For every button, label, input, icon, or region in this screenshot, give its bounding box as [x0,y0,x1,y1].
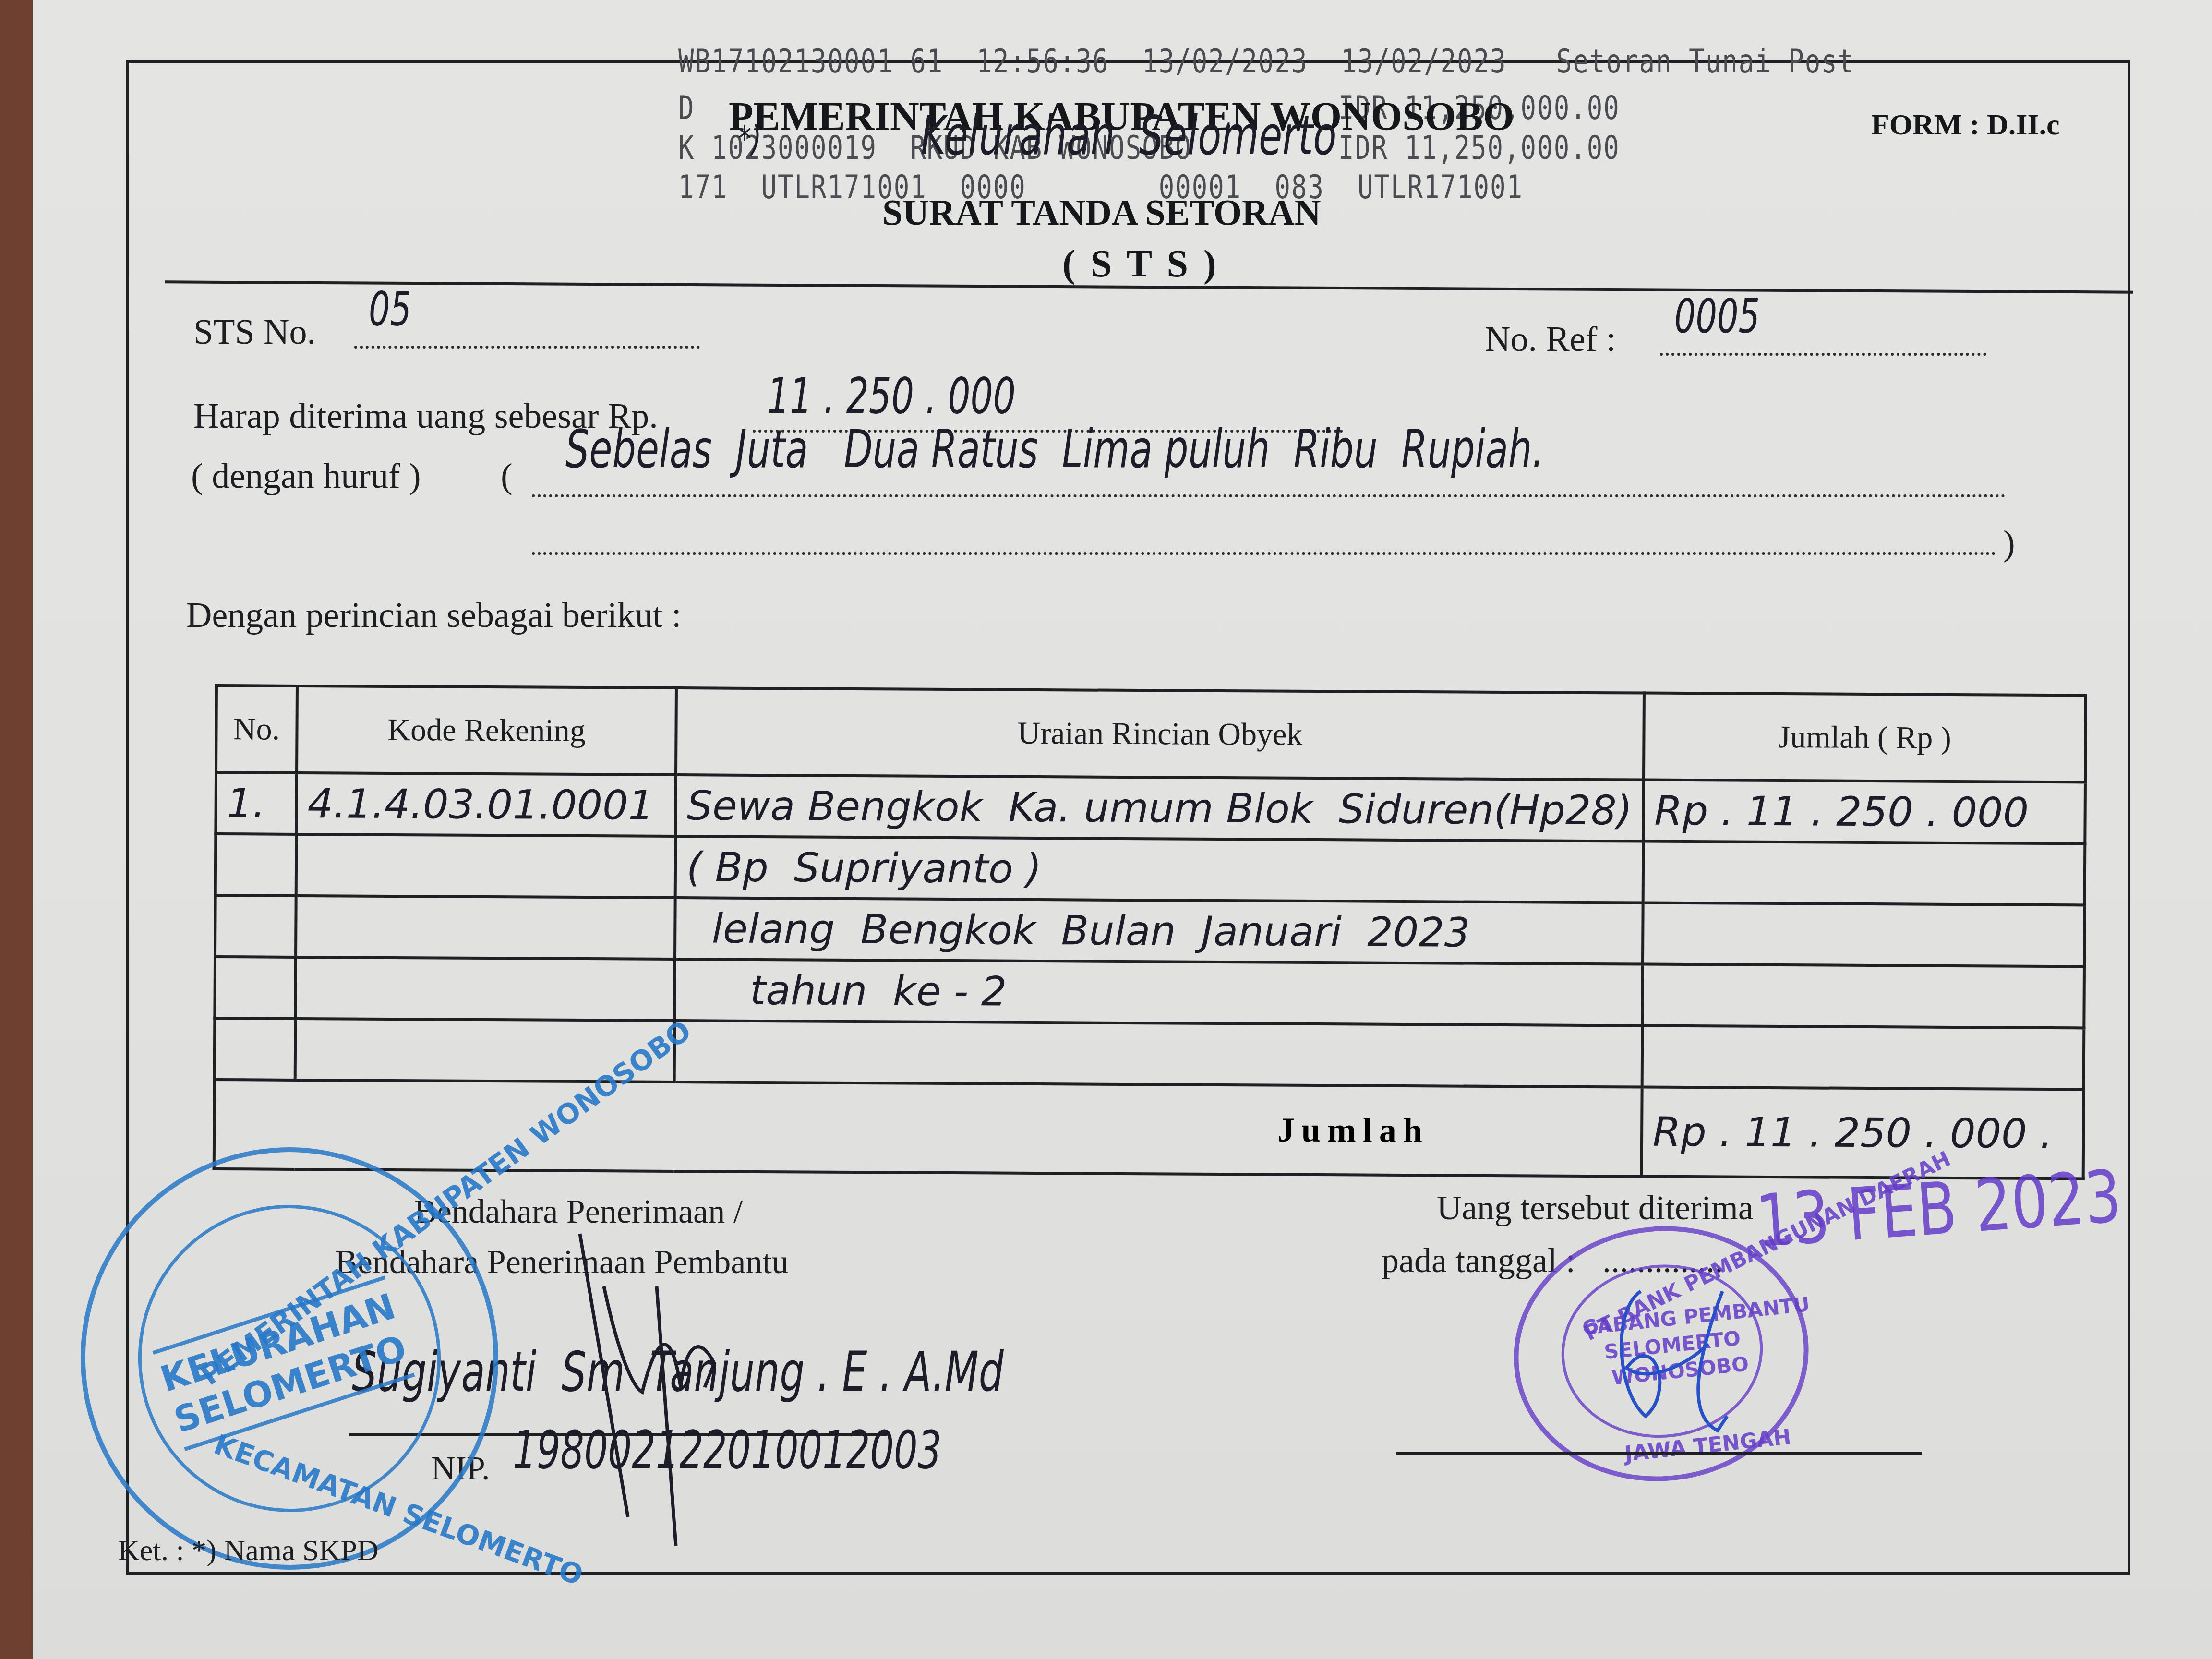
validation-line-2-left: D [678,89,695,127]
document-title: SURAT TANDA SETORAN [882,192,1321,234]
words-close-paren: ) [2003,523,2015,564]
row-kode [295,957,675,1021]
table-row: tahun ke - 2 [215,957,2084,1028]
row-uraian: tahun ke - 2 [675,959,1643,1026]
header-uraian: Uraian Rincian Obyek [676,688,1644,780]
amount-value: 11 . 250 . 000 [767,368,1016,425]
header-no: No. [216,685,297,773]
table-row: lelang Bengkok Bulan Januari 2023 [215,895,2085,966]
skpd-marker: *) [738,118,761,160]
form-code: FORM : D.II.c [1871,108,2060,142]
no-ref-value: 0005 [1674,289,1760,344]
row-jumlah [1642,1026,2084,1090]
total-label: Jumlah [214,1080,1642,1177]
footnote: Ket. : *) Nama SKPD [118,1534,378,1568]
row-uraian [674,1021,1642,1087]
table-row: ( Bp Supriyanto ) [216,834,2085,905]
words-line-2 [532,552,1996,555]
sts-no-label: STS No. [193,312,316,353]
row-jumlah [1643,842,2085,905]
row-no: 1. [216,772,297,834]
row-uraian: ( Bp Supriyanto ) [675,836,1643,903]
words-open-paren: ( [501,456,513,497]
detail-intro: Dengan perincian sebagai berikut : [186,595,681,636]
desk-background [0,0,34,1659]
words-line-1 [532,494,2006,497]
bank-officer-signature [1598,1272,1751,1464]
row-no [215,957,296,1019]
no-ref-label: No. Ref : [1485,319,1616,360]
nip-value: 198002122010012003 [513,1420,941,1481]
row-no [216,834,297,896]
row-no [215,1018,296,1080]
row-uraian: Sewa Bengkok Ka. umum Blok Siduren(Hp28) [676,775,1644,842]
sts-form-paper: WB17102130001 61 12:56:36 13/02/2023 13/… [33,0,2212,1659]
row-kode [296,896,675,959]
received-title-1: Uang tersebut diterima [1437,1188,1754,1228]
validation-line-1: WB17102130001 61 12:56:36 13/02/2023 13/… [678,42,1854,80]
document-subtitle: ( S T S ) [1062,242,1219,286]
row-uraian: lelang Bengkok Bulan Januari 2023 [675,898,1643,964]
no-ref-line [1660,353,1986,356]
row-jumlah [1642,964,2084,1028]
row-jumlah [1643,903,2085,967]
table-row: 1. 4.1.4.03.01.0001 Sewa Bengkok Ka. umu… [216,772,2085,843]
kelurahan-stamp: PEMERINTAH KABUPATEN WONOSOBO KELURAHAN … [53,1120,526,1597]
skpd-name-handwritten: Kelurahan Selomerto [921,105,1336,167]
amount-in-words: Sebelas Juta Dua Ratus Lima puluh Ribu R… [565,420,1544,480]
row-kode: 4.1.4.03.01.0001 [296,773,676,836]
words-label: ( dengan huruf ) [191,456,421,497]
header-jumlah: Jumlah ( Rp ) [1644,693,2086,782]
detail-table: No. Kode Rekening Uraian Rincian Obyek J… [213,684,2087,1180]
row-no [215,895,296,957]
row-jumlah: Rp . 11 . 250 . 000 [1643,780,2085,844]
table-header-row: No. Kode Rekening Uraian Rincian Obyek J… [216,685,2086,782]
row-kode [296,834,676,898]
bank-signature-line [1396,1452,1922,1455]
sts-no-line [354,346,700,349]
table-row [215,1018,2084,1089]
sts-no-value: 05 [369,282,411,337]
header-kode-rekening: Kode Rekening [297,686,676,775]
received-title-2: pada tanggal : [1382,1241,1575,1281]
